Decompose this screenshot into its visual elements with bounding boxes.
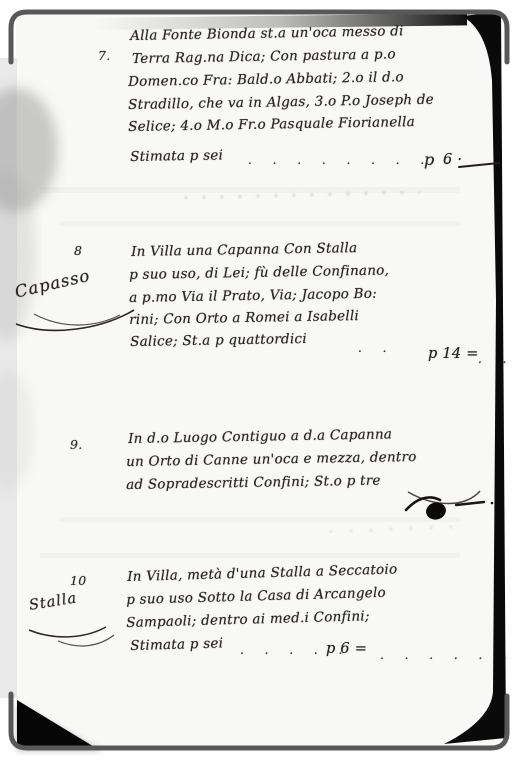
scan-streak bbox=[40, 553, 460, 558]
manuscript-scan-page: 7. Alla Fonte Bionda st.a un'oca messo d… bbox=[0, 0, 518, 760]
item-value: p 14 = bbox=[428, 346, 479, 362]
trailing-dots: . . . . . . bbox=[380, 648, 512, 662]
item-number: 8 bbox=[74, 243, 82, 258]
total-label: Salice; St.a p quattordici bbox=[130, 331, 307, 350]
leader-dots: . . bbox=[358, 341, 391, 355]
item-number: 10 bbox=[70, 573, 86, 588]
item-number: 7. bbox=[98, 48, 110, 63]
total-label: Stimata p sei bbox=[130, 635, 223, 654]
scan-streak bbox=[60, 221, 460, 226]
currency-mark: p bbox=[424, 150, 435, 169]
item-value: 6 · bbox=[443, 152, 462, 168]
leader-dots: . . . . . . . . . bbox=[248, 153, 454, 167]
scan-streak bbox=[60, 517, 460, 522]
trailing-dots: . . . bbox=[478, 352, 518, 366]
item-number: 9. bbox=[70, 437, 82, 452]
total-label: Stimata p sei bbox=[130, 147, 223, 165]
scan-streak bbox=[40, 187, 460, 193]
item-value: p 6 = bbox=[326, 641, 367, 657]
